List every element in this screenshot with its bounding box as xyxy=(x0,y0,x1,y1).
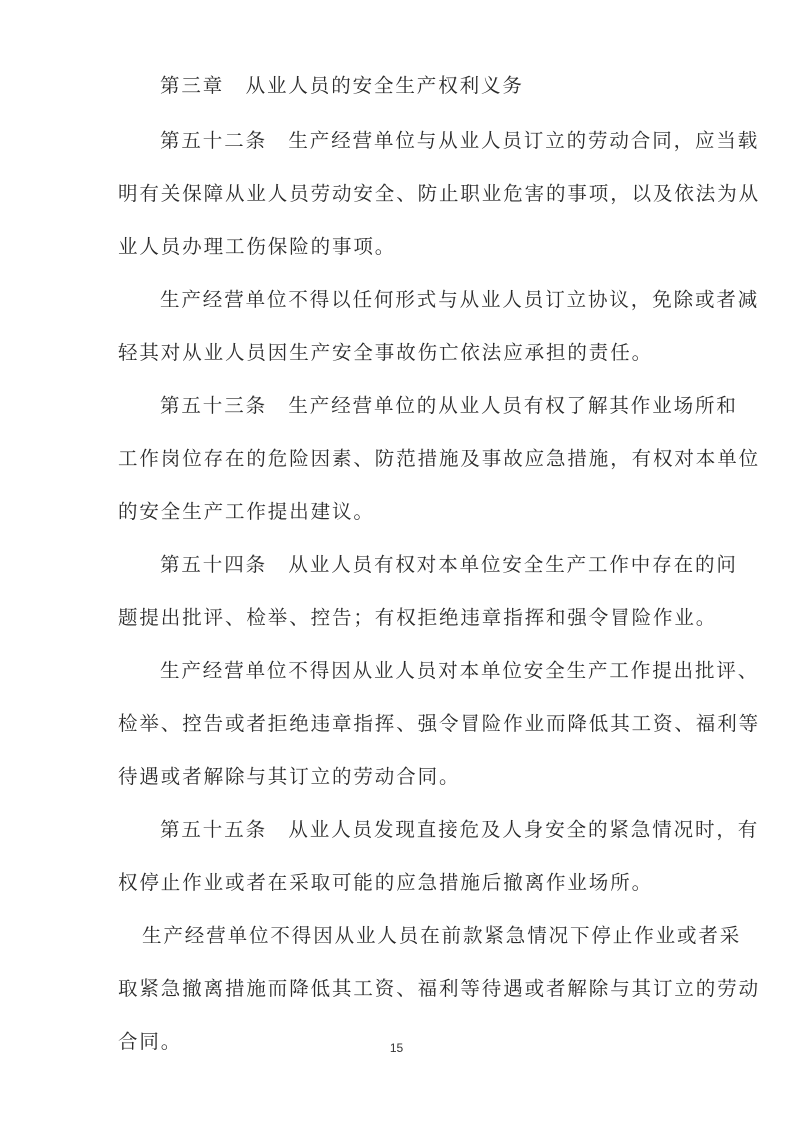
article-54-para2-line-3: 待遇或者解除与其订立的劳动合同。 xyxy=(118,765,674,789)
article-55-para2-line-1: 生产经营单位不得因从业人员在前款紧急情况下停止作业或者采 xyxy=(142,924,674,948)
article-52-line-1: 第五十二条 生产经营单位与从业人员订立的劳动合同，应当载 xyxy=(160,129,674,153)
article-52-line-2: 明有关保障从业人员劳动安全、防止职业危害的事项，以及依法为从 xyxy=(118,182,674,206)
article-55-para2-line-2: 取紧急撤离措施而降低其工资、福利等待遇或者解除与其订立的劳动 xyxy=(118,977,674,1001)
article-55-line-1: 第五十五条 从业人员发现直接危及人身安全的紧急情况时，有 xyxy=(160,818,674,842)
article-54-para2-line-1: 生产经营单位不得因从业人员对本单位安全生产工作提出批评、 xyxy=(160,659,674,683)
document-page: 第三章 从业人员的安全生产权利义务 第五十二条 生产经营单位与从业人员订立的劳动… xyxy=(0,0,793,1122)
page-number: 15 xyxy=(0,1041,793,1055)
article-52-para2-line-1: 生产经营单位不得以任何形式与从业人员订立协议，免除或者减 xyxy=(160,288,674,312)
chapter-title: 第三章 从业人员的安全生产权利义务 xyxy=(160,74,674,98)
article-54-line-2: 题提出批评、检举、控告；有权拒绝违章指挥和强令冒险作业。 xyxy=(118,606,674,630)
article-53-line-3: 的安全生产工作提出建议。 xyxy=(118,500,674,524)
article-54-para2-line-2: 检举、控告或者拒绝违章指挥、强令冒险作业而降低其工资、福利等 xyxy=(118,712,674,736)
article-52-line-3: 业人员办理工伤保险的事项。 xyxy=(118,235,674,259)
article-52-para2-line-2: 轻其对从业人员因生产安全事故伤亡依法应承担的责任。 xyxy=(118,341,674,365)
article-54-line-1: 第五十四条 从业人员有权对本单位安全生产工作中存在的问 xyxy=(160,553,674,577)
article-55-line-2: 权停止作业或者在采取可能的应急措施后撤离作业场所。 xyxy=(118,871,674,895)
article-53-line-2: 工作岗位存在的危险因素、防范措施及事故应急措施，有权对本单位 xyxy=(118,447,674,471)
article-53-line-1: 第五十三条 生产经营单位的从业人员有权了解其作业场所和 xyxy=(160,394,674,418)
